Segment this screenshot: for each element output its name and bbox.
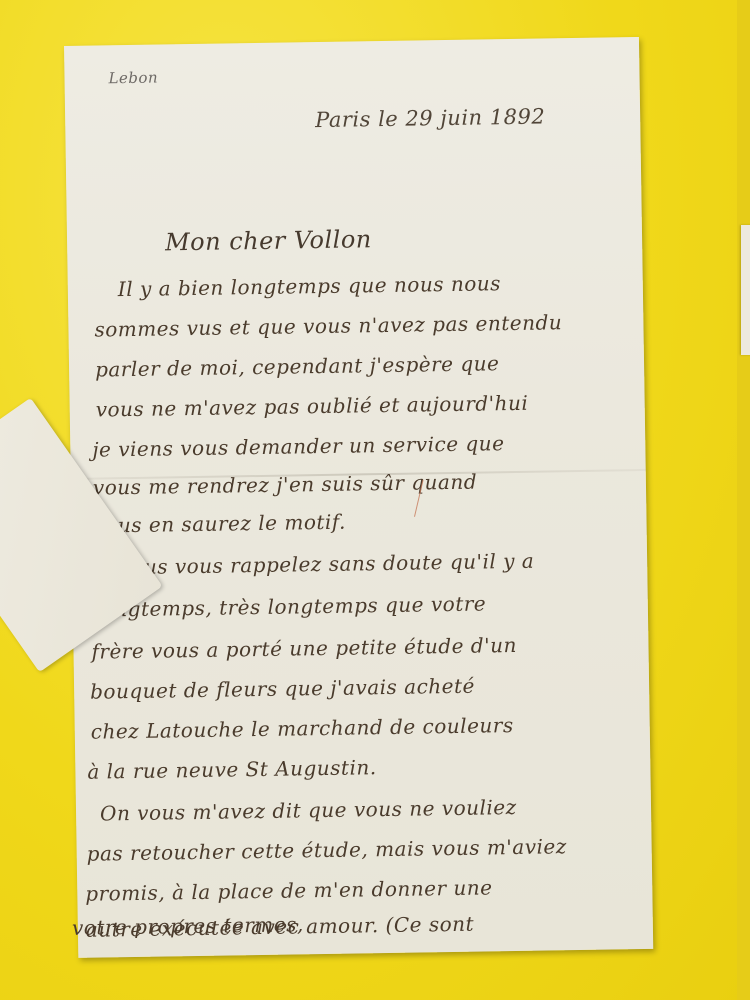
letter-line: à la rue neuve St Augustin. [87,755,377,784]
letter-line: chez Latouche le marchand de couleurs [91,713,514,744]
letter-line: On vous m'avez dit que vous ne vouliez [100,795,517,826]
letter-line: votre propres termes, [72,912,304,940]
letter-line: bouquet de fleurs que j'avais acheté [90,674,475,704]
letter-line: Il y a bien longtemps que nous nous [118,271,501,301]
letter-date: Paris le 29 juin 1892 [315,104,545,132]
letter-line: vous ne m'avez pas oublié et aujourd'hui [96,391,529,422]
letter-page: Lebon Paris le 29 juin 1892 Mon cher Vol… [64,37,653,958]
letter-line: je viens vous demander un service que [92,431,504,461]
letter-salutation: Mon cher Vollon [165,225,372,256]
pencil-annotation: Lebon [108,69,158,88]
letter-line: pas retoucher cette étude, mais vous m'a… [87,834,567,866]
letter-line: Vous vous rappelez sans doute qu'il y a [118,549,534,580]
letter-line: parler de moi, cependant j'espère que [95,351,500,381]
letter-line: sommes vus et que vous n'avez pas entend… [94,310,562,341]
letter-line: promis, à la place de m'en donner une [85,875,493,905]
background-edge-shadow [737,0,750,1000]
letter-line: vous en saurez le motif. [93,510,346,538]
letter-line: frère vous a porté une petite étude d'un [91,633,517,664]
letter-line: longtemps, très longtemps que votre [95,591,487,621]
adjacent-paper-sliver [741,225,750,355]
